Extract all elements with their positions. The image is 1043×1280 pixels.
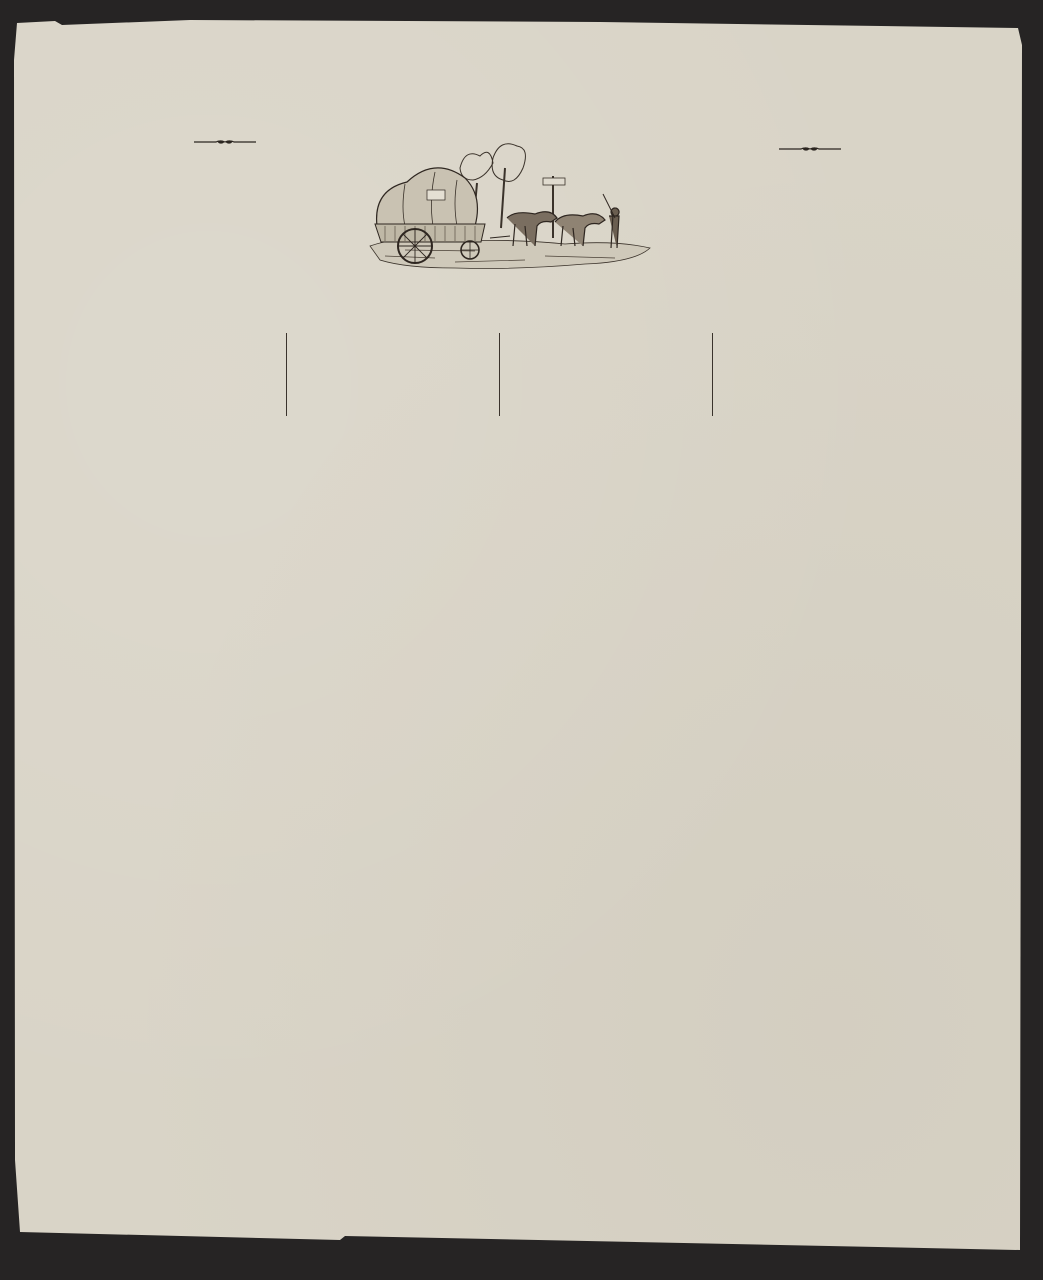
flourish-ornament-icon: [779, 146, 841, 152]
column-divider: [712, 333, 713, 416]
column-divider: [286, 333, 287, 416]
departures-laval-block: [60, 118, 390, 150]
operator-line: [0, 297, 1043, 319]
column-divider: [499, 333, 500, 416]
departures-paris-block: [640, 135, 980, 157]
flourish-ornament-icon: [194, 139, 256, 145]
stagecoach-illustration-icon: [365, 138, 655, 278]
